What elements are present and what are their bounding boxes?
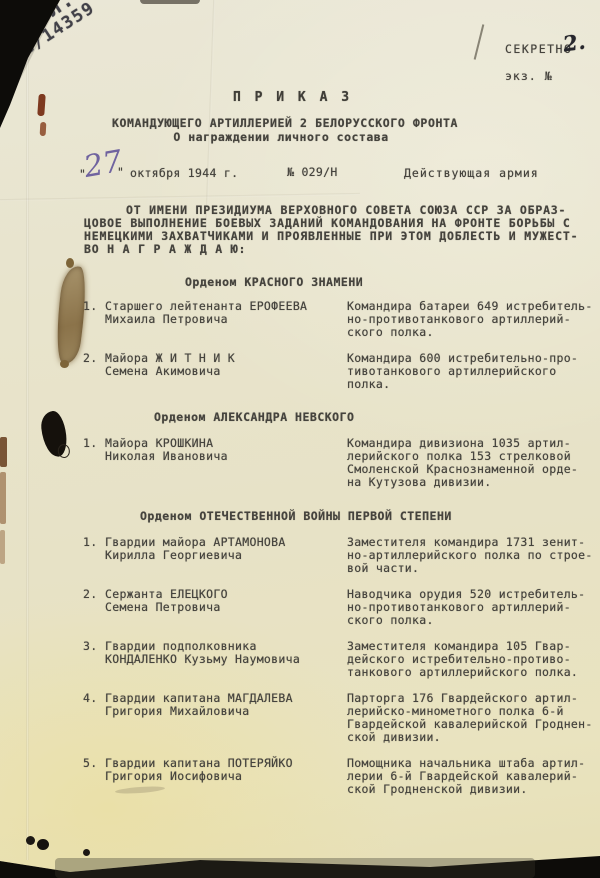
archive-stamp: 2 БЕЛ.Фр 19645 в/14359 xyxy=(0,0,193,67)
award-entry: 1. Майора КРОШКИНА Николая Ивановича Ком… xyxy=(83,437,595,489)
ink-dot xyxy=(26,836,35,845)
dateline: " 27 " октября 1944 г. № 029/Н Действующ… xyxy=(0,163,600,193)
edge-stain xyxy=(0,530,5,564)
order-number: № 029/Н xyxy=(287,166,338,179)
awardee-name: Гвардии майора АРТАМОНОВА Кирилла Георги… xyxy=(105,536,347,562)
scanned-order-document: { "secrecy": { "line1": "СЕКРЕТНО", "lin… xyxy=(0,0,600,878)
issuing-authority: КОМАНДУЮЩЕГО АРТИЛЛЕРИЕЙ 2 БЕЛОРУССКОГО … xyxy=(0,117,570,130)
document-title: П Р И К А З xyxy=(0,90,585,105)
awardee-name: Гвардии капитана ПОТЕРЯЙКО Григория Иоси… xyxy=(105,757,347,783)
awardee-name: Сержанта ЕЛЕЦКОГО Семена Петровича xyxy=(105,588,347,614)
edge-stain xyxy=(0,437,7,467)
awardee-name: Старшего лейтенанта ЕРОФЕЕВА Михаила Пет… xyxy=(105,300,347,326)
entry-number: 4. xyxy=(83,692,105,705)
stain-dot xyxy=(66,258,74,268)
awardee-position: Командира 600 истребительно-про- тивотан… xyxy=(347,352,595,391)
section-alexander-nevsky: Орденом АЛЕКСАНДРА НЕВСКОГО 1. Майора КР… xyxy=(83,411,595,489)
close-quote: " xyxy=(117,166,124,179)
ink-dot xyxy=(37,839,49,850)
entry-number: 2. xyxy=(83,588,105,601)
awardee-name: Гвардии капитана МАГДАЛЕВА Григория Миха… xyxy=(105,692,347,718)
awardee-position: Заместителя командира 105 Гвар- дейского… xyxy=(347,640,595,679)
awardee-name: Майора КРОШКИНА Николая Ивановича xyxy=(105,437,347,463)
underlying-sheet-edge xyxy=(55,858,535,878)
awardee-position: Заместителя командира 1731 зенит- но-арт… xyxy=(347,536,595,575)
award-entry: 5. Гвардии капитана ПОТЕРЯЙКО Григория И… xyxy=(83,757,595,796)
award-entry: 3. Гвардии подполковника КОНДАЛЕНКО Кузь… xyxy=(83,640,595,679)
section-patriotic-war: Орденом ОТЕЧЕСТВЕННОЙ ВОЙНЫ ПЕРВОЙ СТЕПЕ… xyxy=(83,510,595,796)
title-wrap: П Р И К А З xyxy=(0,90,585,105)
order-subject: О награждении личного состава xyxy=(0,131,562,144)
entry-number: 1. xyxy=(83,300,105,313)
entry-number: 5. xyxy=(83,757,105,770)
award-entry: 2. Майора Ж И Т Н И К Семена Акимовича К… xyxy=(83,352,595,391)
section-heading: Орденом АЛЕКСАНДРА НЕВСКОГО xyxy=(83,411,595,424)
handwritten-copy-number: 2. xyxy=(562,34,586,50)
ink-dot xyxy=(83,849,90,856)
entry-number: 3. xyxy=(83,640,105,653)
section-heading: Орденом ОТЕЧЕСТВЕННОЙ ВОЙНЫ ПЕРВОЙ СТЕПЕ… xyxy=(83,510,595,523)
preamble: ОТ ИМЕНИ ПРЕЗИДИУМА ВЕРХОВНОГО СОВЕТА СО… xyxy=(84,204,592,256)
awardee-name: Майора Ж И Т Н И К Семена Акимовича xyxy=(105,352,347,378)
pencil-mark xyxy=(474,24,485,59)
award-entry: 1. Старшего лейтенанта ЕРОФЕЕВА Михаила … xyxy=(83,300,595,339)
awardee-position: Наводчика орудия 520 истребитель- но-про… xyxy=(347,588,595,627)
date-text: октября 1944 г. xyxy=(130,167,238,180)
awardee-name: Гвардии подполковника КОНДАЛЕНКО Кузьму … xyxy=(105,640,347,666)
awardee-position: Командира дивизиона 1035 артил- лерийско… xyxy=(347,437,595,489)
award-entry: 1. Гвардии майора АРТАМОНОВА Кирилла Гео… xyxy=(83,536,595,575)
copy-label: экз. № xyxy=(505,70,572,83)
army-designation: Действующая армия xyxy=(404,167,539,180)
award-entry: 4. Гвардии капитана МАГДАЛЕВА Григория М… xyxy=(83,692,595,744)
stamp-line2: в/14359 xyxy=(19,0,193,59)
ink-blot xyxy=(40,410,69,458)
horizontal-crease xyxy=(0,193,360,201)
stain-dot xyxy=(60,360,69,368)
entry-number: 1. xyxy=(83,437,105,450)
section-heading: Орденом КРАСНОГО ЗНАМЕНИ xyxy=(83,276,595,289)
entry-number: 1. xyxy=(83,536,105,549)
edge-stain xyxy=(0,472,6,524)
top-edge-nick xyxy=(140,0,200,4)
entry-number: 2. xyxy=(83,352,105,365)
section-red-banner: Орденом КРАСНОГО ЗНАМЕНИ 1. Старшего лей… xyxy=(83,276,595,391)
award-entry: 2. Сержанта ЕЛЕЦКОГО Семена Петровича На… xyxy=(83,588,595,627)
awardee-position: Парторга 176 Гвардейского артил- лерийск… xyxy=(347,692,595,744)
document-page: СЕКРЕТНО экз. № 2. 2 БЕЛ.Фр 19645 в/1435… xyxy=(0,0,600,878)
awardee-position: Помощника начальника штаба артил- лерии … xyxy=(347,757,595,796)
awardee-position: Командира батареи 649 истребитель- но-пр… xyxy=(347,300,595,339)
